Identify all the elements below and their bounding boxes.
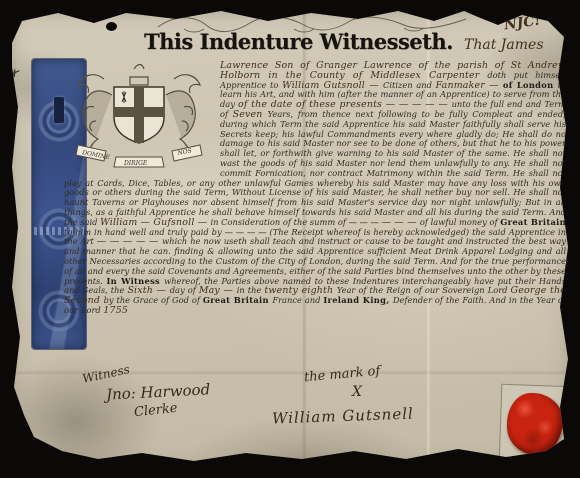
witness-label: Witness (81, 362, 131, 386)
body-segment-print: of lawful money of (420, 217, 500, 227)
witness-signature: Jno: Harwood (106, 380, 211, 403)
mark-of-label: the mark of (303, 364, 380, 386)
coat-of-arms: DOMINE DIRIGE NOS (64, 61, 214, 173)
body-segment-bold: In Witness (106, 276, 164, 286)
body-segment-print: in the (237, 285, 265, 295)
body-segment-bold: Great Britain (203, 295, 272, 305)
title-blackletter: This Indenture Witnesseth. (144, 29, 453, 54)
body-segment-print: France and (272, 295, 323, 305)
body-segment-bold: Great Britain (500, 217, 566, 227)
body-segment-print: by the Grace of God of (104, 295, 203, 305)
body-segment-print: day of (170, 285, 199, 295)
body-segment-bold: Ireland King, (323, 295, 393, 305)
parchment-document: ✗ This Indenture Witnesseth. That James … (6, 7, 574, 471)
indenture-body-text: DOMINE DIRIGE NOS Lawrence Son of Grange… (64, 61, 566, 316)
stamp-cypher (54, 97, 64, 123)
document-title: This Indenture Witnesseth. That James (144, 29, 544, 54)
margin-scribble-icon: ✗ (5, 66, 20, 84)
motto-dirige: DIRIGE (123, 160, 148, 167)
body-segment-hand: 1755 (103, 305, 128, 316)
body-segment-bold: of London (503, 80, 558, 90)
body-segment-print: Year of the Reign of our Sovereign Lord (337, 285, 511, 295)
body-segment-print: Citizen and (383, 80, 436, 90)
witness-title: Clerke (133, 401, 178, 420)
title-handwritten: That James (464, 37, 543, 53)
red-wax-seal (507, 393, 563, 455)
body-segment-print: in Consideration of the summ of — — — (211, 217, 382, 227)
mark-x-glyph: X (352, 384, 362, 400)
master-signature: William Gutsnell (272, 405, 414, 428)
parchment-hole (106, 22, 117, 31)
photograph-of-indenture: ✗ This Indenture Witnesseth. That James … (0, 0, 580, 478)
